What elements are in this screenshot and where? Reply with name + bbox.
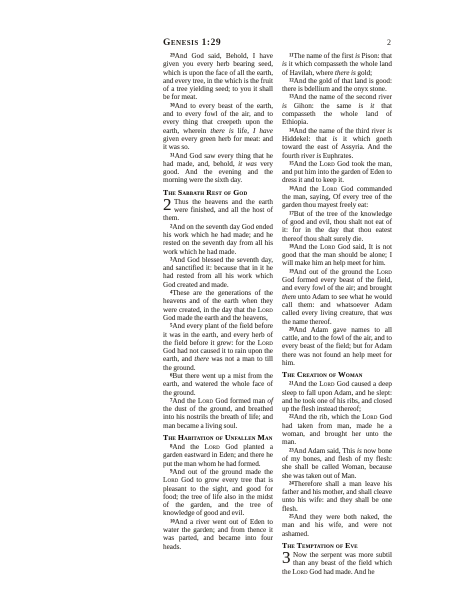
left-column: 29And God said, Behold, I have given you… xyxy=(163,52,273,576)
verse-number: 19 xyxy=(289,269,294,274)
page-header: Genesis 1:29 2 xyxy=(163,38,393,48)
verse-number: 7 xyxy=(170,398,172,403)
verse-8: 8And the Lord God planted a garden eastw… xyxy=(163,443,273,468)
verse-number: 2 xyxy=(170,224,172,229)
verse-number: 18 xyxy=(289,244,294,249)
verse-number: 16 xyxy=(289,186,294,191)
chapter-number-dropcap: 2 xyxy=(163,198,172,212)
verse-24: 24Therefore shall a man leave his father… xyxy=(282,480,392,513)
verse-23: 23And Adam said, This is now bone of my … xyxy=(282,447,392,480)
two-column-text: 29And God said, Behold, I have given you… xyxy=(163,52,393,576)
verse-number: 3 xyxy=(170,257,172,262)
verse-2: 2And on the seventh day God ended his wo… xyxy=(163,223,273,256)
verse-number: 24 xyxy=(289,481,294,486)
page-number: 2 xyxy=(387,38,393,47)
verse-31: 31And God saw every thing that he had ma… xyxy=(163,152,273,185)
verse-25: 25And they were both naked, the man and … xyxy=(282,513,392,538)
verse-number: 11 xyxy=(289,53,294,58)
verse-30: 30And to every beast of the earth, and t… xyxy=(163,102,273,152)
section-heading: The Habitation of Unfallen Man xyxy=(163,433,273,442)
bible-page-scan: Genesis 1:29 2 29And God said, Behold, I… xyxy=(0,0,452,600)
chapter-3-start: 3Now the serpent was more subtil than an… xyxy=(282,551,392,576)
verse-21: 21And the Lord God caused a deep sleep t… xyxy=(282,380,392,413)
verse-number: 13 xyxy=(289,95,294,100)
verse-12: 12And the gold of that land is good: the… xyxy=(282,77,392,94)
verse-number: 17 xyxy=(289,211,294,216)
verse-22: 22And the rib, which the Lord God had ta… xyxy=(282,413,392,446)
verse-number: 6 xyxy=(170,373,172,378)
verse-9: 9And out of the ground made the Lord God… xyxy=(163,468,273,518)
verse-18: 18And the Lord God said, It is not good … xyxy=(282,243,392,268)
chapter-number-dropcap: 3 xyxy=(282,551,291,565)
verse-14: 14And the name of the third river is Hid… xyxy=(282,127,392,160)
running-head: Genesis 1:29 xyxy=(163,38,221,48)
verse-4: 4These are the generations of the heaven… xyxy=(163,289,273,322)
verse-10: 10And a river went out of Eden to water … xyxy=(163,518,273,551)
verse-number: 9 xyxy=(170,469,172,474)
section-heading: The Sabbath Rest of God xyxy=(163,188,273,197)
right-column: 11The name of the first is Pison: that i… xyxy=(282,52,392,576)
verse-7: 7And the Lord God formed man of the dust… xyxy=(163,397,273,430)
verse-5: 5And every plant of the field before it … xyxy=(163,322,273,372)
verse-13: 13And the name of the second river is Gi… xyxy=(282,93,392,126)
verse-number: 10 xyxy=(170,519,175,524)
verse-19: 19And out of the ground the Lord God for… xyxy=(282,268,392,326)
verse-number: 5 xyxy=(170,324,172,329)
verse-number: 15 xyxy=(289,161,294,166)
verse-6: 6But there went up a mist from the earth… xyxy=(163,372,273,397)
verse-number: 30 xyxy=(170,103,175,108)
verse-16: 16And the Lord God commanded the man, sa… xyxy=(282,185,392,210)
verse-29: 29And God said, Behold, I have given you… xyxy=(163,52,273,102)
verse-number: 14 xyxy=(289,128,294,133)
verse-number: 20 xyxy=(289,327,294,332)
verse-number: 25 xyxy=(289,514,294,519)
section-heading: The Temptation of Eve xyxy=(282,541,392,550)
verse-number: 22 xyxy=(289,415,294,420)
chapter-2-start: 2Thus the heavens and the earth were fin… xyxy=(163,198,273,223)
verse-15: 15And the Lord God took the man, and put… xyxy=(282,160,392,185)
verse-number: 21 xyxy=(289,382,294,387)
verse-number: 4 xyxy=(170,290,172,295)
verse-11: 11The name of the first is Pison: that i… xyxy=(282,52,392,77)
verse-20: 20And Adam gave names to all cattle, and… xyxy=(282,326,392,367)
verse-number: 23 xyxy=(289,448,294,453)
verse-number: 29 xyxy=(170,53,175,58)
verse-number: 31 xyxy=(170,153,175,158)
section-heading: The Creation of Woman xyxy=(282,370,392,379)
verse-17: 17But of the tree of the knowledge of go… xyxy=(282,210,392,243)
text-block: Genesis 1:29 2 29And God said, Behold, I… xyxy=(163,38,393,576)
verse-number: 8 xyxy=(170,444,172,449)
verse-number: 12 xyxy=(289,78,294,83)
verse-3: 3And God blessed the seventh day, and sa… xyxy=(163,256,273,289)
